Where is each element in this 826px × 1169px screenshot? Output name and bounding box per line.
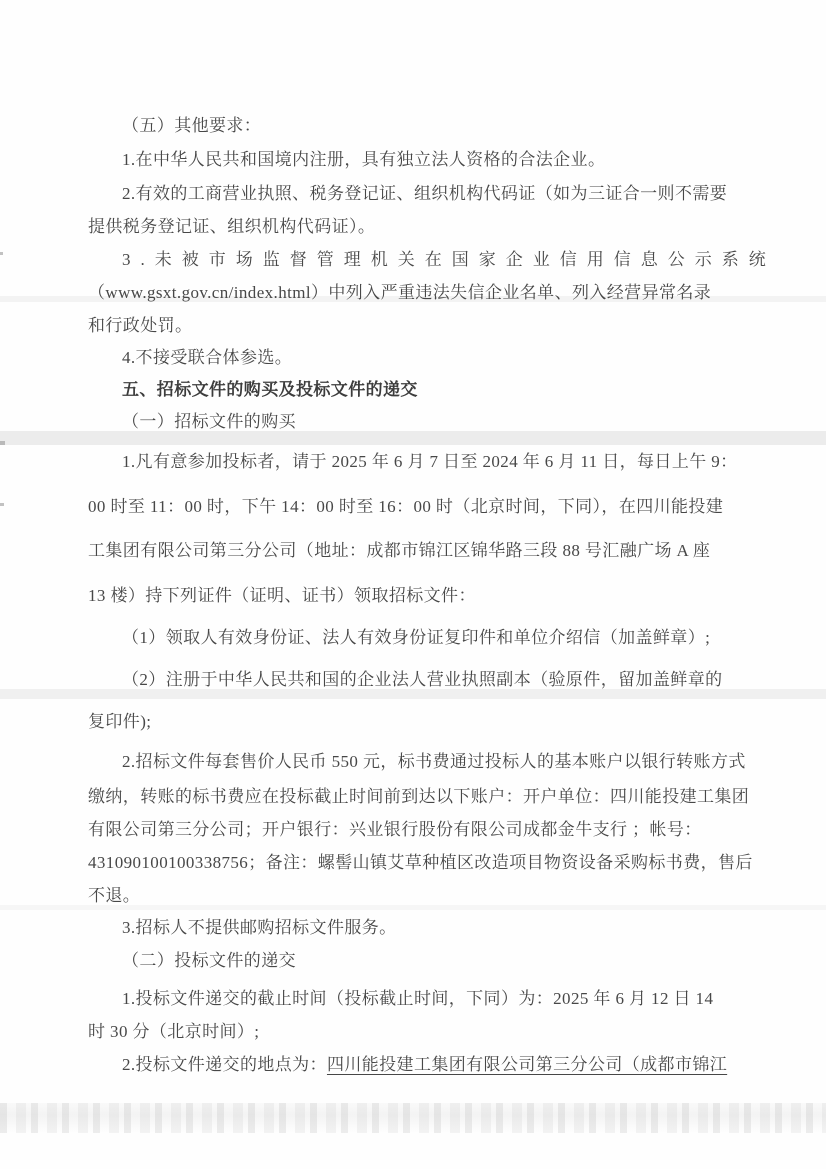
text-line: 1.在中华人民共和国境内注册，具有独立法人资格的合法企业。 [88,148,753,172]
text-line: 和行政处罚。 [88,314,753,338]
text-line: 有限公司第三分公司；开户银行：兴业银行股份有限公司成都金牛支行 ；帐号： [88,818,753,842]
document-page: （五）其他要求：1.在中华人民共和国境内注册，具有独立法人资格的合法企业。2.有… [0,0,826,1169]
text-line: 3.未被市场监督管理机关在国家企业信用信息公示系统 [88,248,753,272]
text-line: （二）投标文件的递交 [88,949,753,973]
text-line: 缴纳，转账的标书费应在投标截止时间前到达以下账户：开户单位：四川能投建工集团 [88,785,753,809]
scan-edge-mark [0,252,3,255]
text-run: 2.投标文件递交的地点为： [122,1055,327,1074]
text-line: 00 时至 11：00 时，下午 14：00 时至 16：00 时（北京时间，下… [88,495,753,519]
text-line: 提供税务登记证、组织机构代码证）。 [88,215,753,239]
scan-edge-mark [0,441,5,445]
text-line: 时 30 分（北京时间）; [88,1020,753,1044]
text-line: 1.凡有意参加投标者，请于 2025 年 6 月 7 日至 2024 年 6 月… [88,450,753,474]
text-line: 431090100100338756；备注：螺髻山镇艾草种植区改造项目物资设备采… [88,851,753,875]
text-line: 2.有效的工商营业执照、税务登记证、组织机构代码证（如为三证合一则不需要 [88,182,753,206]
text-line: （五）其他要求： [88,114,753,138]
scan-artifact-band [0,1103,826,1133]
scan-edge-mark [0,503,4,506]
text-line: 3.招标人不提供邮购招标文件服务。 [88,916,753,940]
text-line: （1）领取人有效身份证、法人有效身份证复印件和单位介绍信（加盖鲜章）; [88,626,753,650]
text-line: （www.gsxt.gov.cn/index.html）中列入严重违法失信企业名… [88,281,753,305]
text-line: 不退。 [88,884,753,908]
text-line: 2.招标文件每套售价人民币 550 元，标书费通过投标人的基本账户以银行转账方式 [88,750,753,774]
text-line: 4.不接受联合体参选。 [88,346,753,370]
text-line: （一）招标文件的购买 [88,410,753,434]
text-line: 复印件); [88,710,753,734]
text-line: 工集团有限公司第三分公司（地址：成都市锦江区锦华路三段 88 号汇融广场 A 座 [88,539,753,563]
underlined-text: 四川能投建工集团有限公司第三分公司（成都市锦江 [327,1055,727,1074]
text-line: （2）注册于中华人民共和国的企业法人营业执照副本（验原件，留加盖鲜章的 [88,668,753,692]
text-line: 13 楼）持下列证件（证明、证书）领取招标文件： [88,584,753,608]
text-line: 1.投标文件递交的截止时间（投标截止时间，下同）为：2025 年 6 月 12 … [88,987,753,1011]
text-line: 2.投标文件递交的地点为：四川能投建工集团有限公司第三分公司（成都市锦江 [88,1053,753,1077]
section-heading: 五、招标文件的购买及投标文件的递交 [88,378,753,402]
